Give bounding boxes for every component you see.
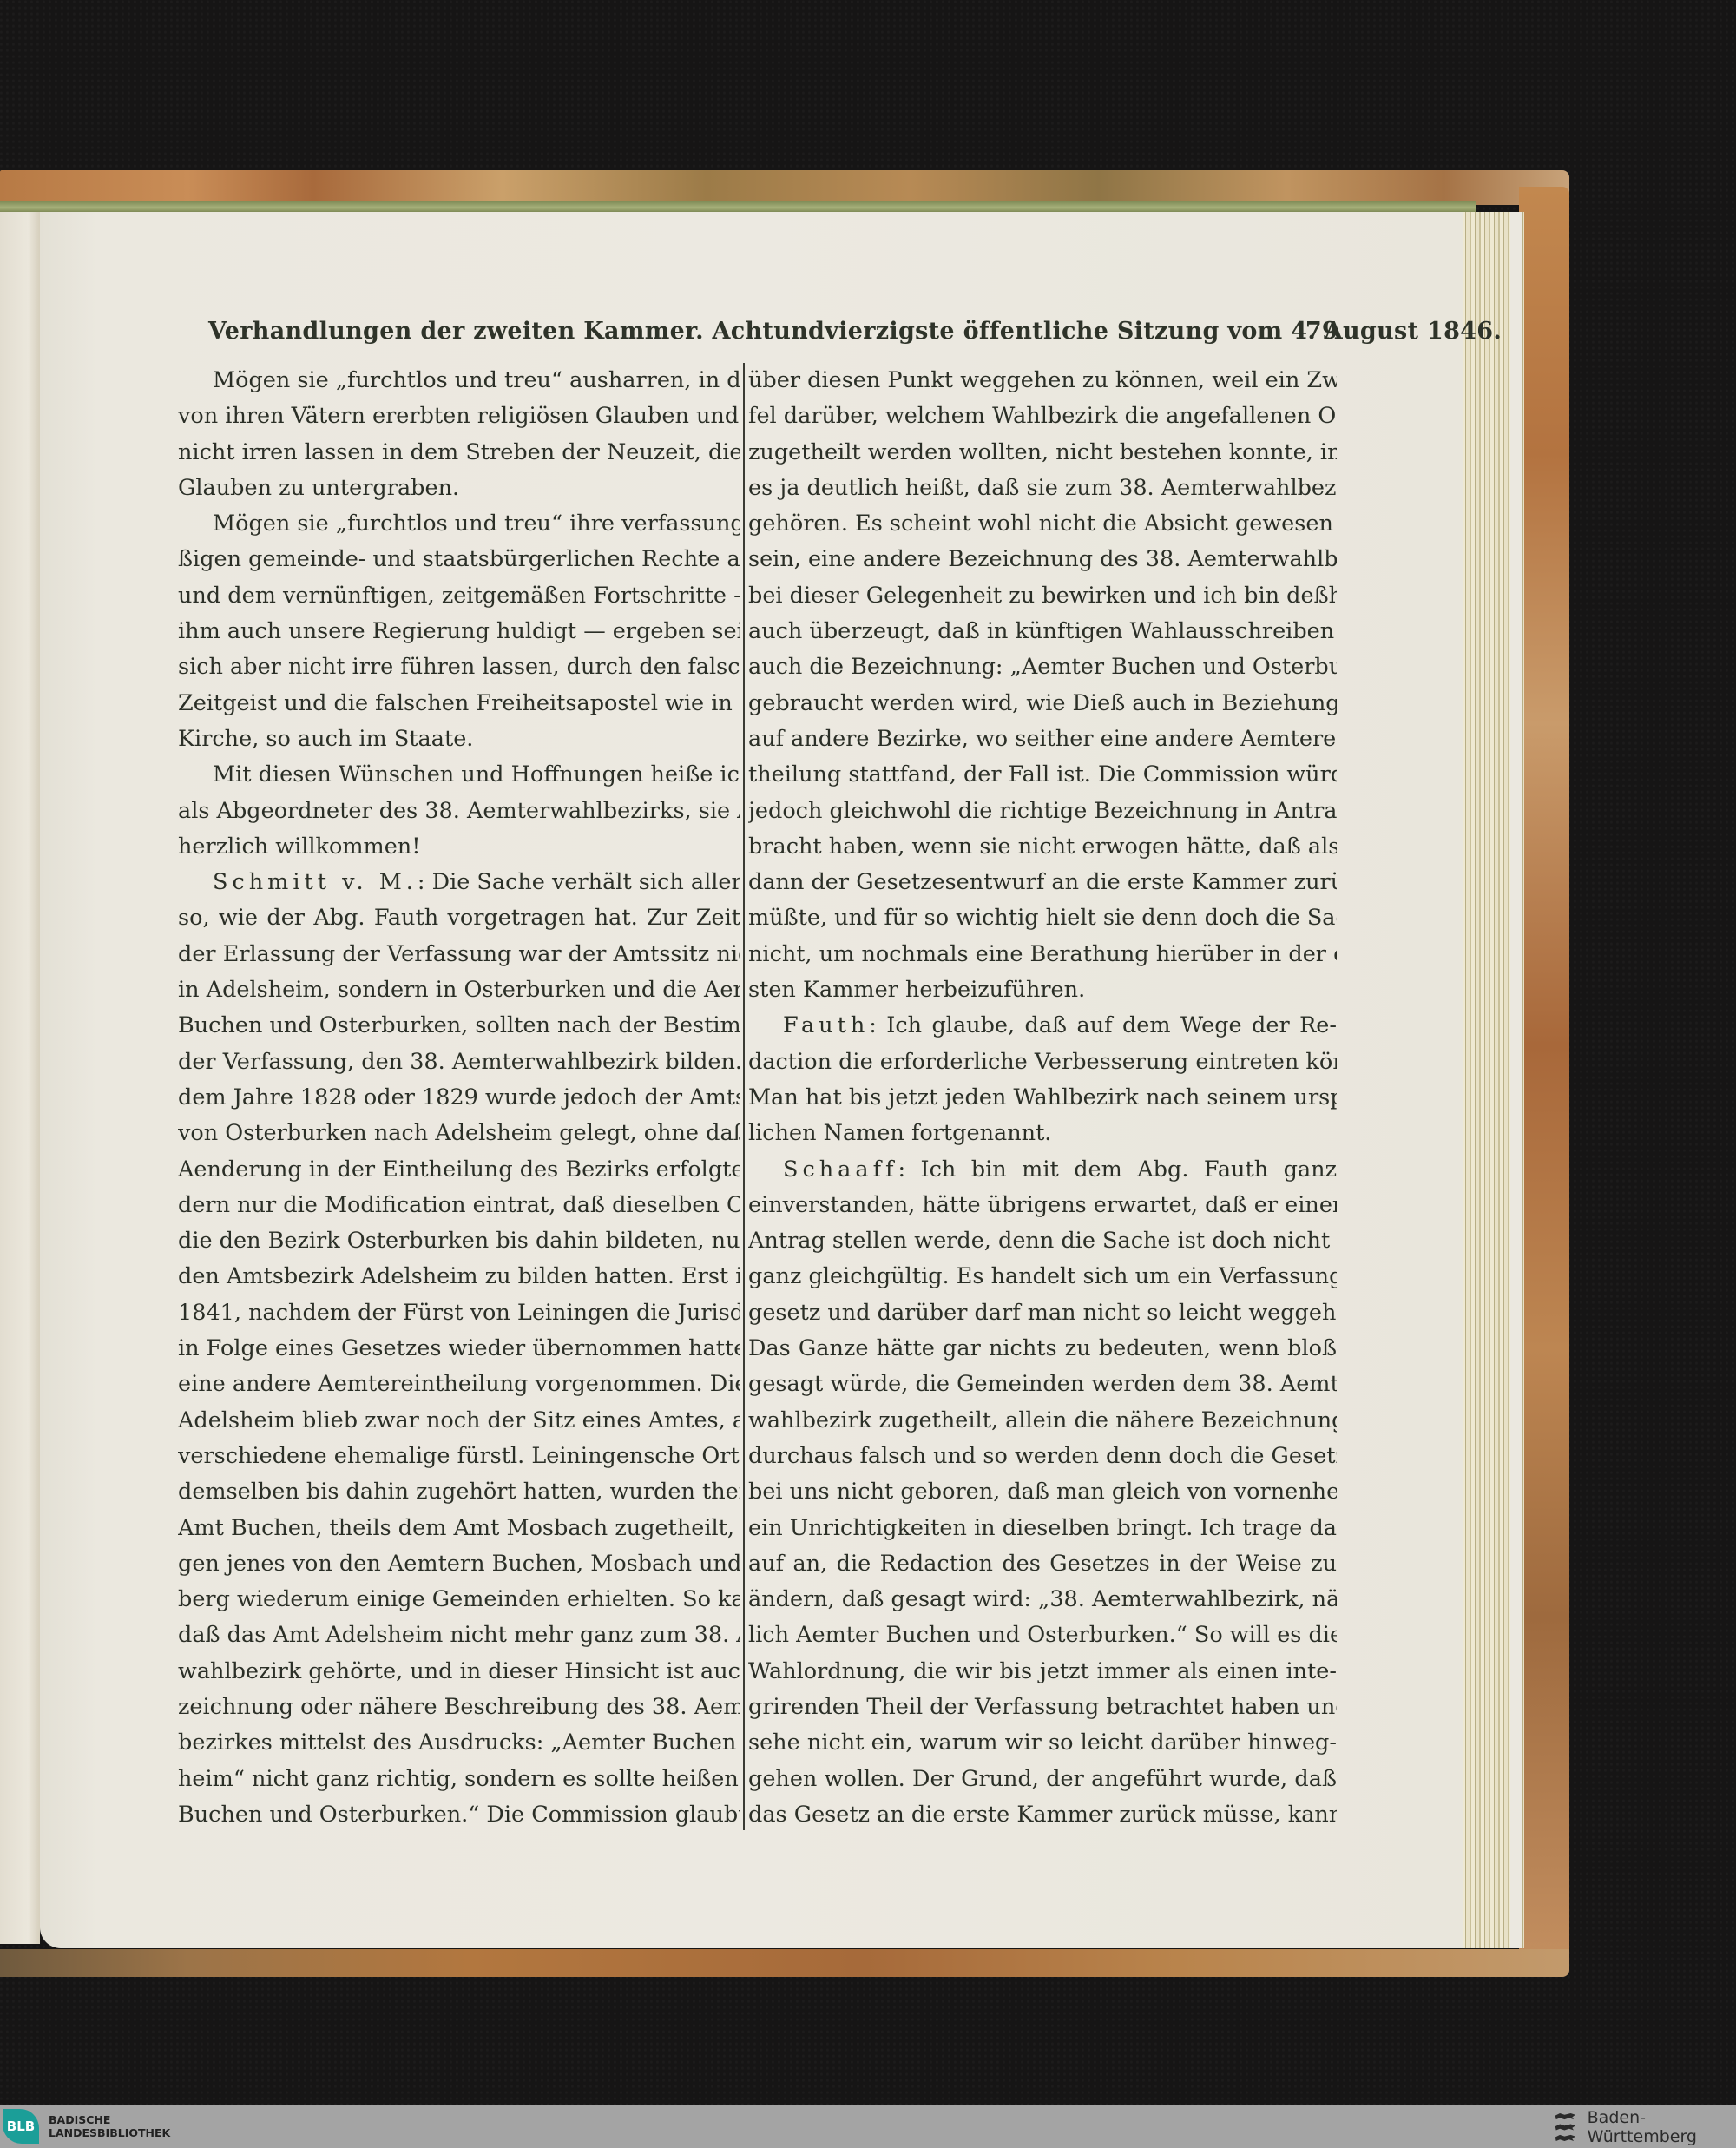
- text-line: von Osterburken nach Adelsheim gelegt, o…: [178, 1116, 740, 1151]
- baden-wuerttemberg-logo[interactable]: Baden-Württemberg: [1554, 2108, 1736, 2146]
- text-line: gebraucht werden wird, wie Dieß auch in …: [748, 686, 1337, 721]
- text-line: bracht haben, wenn sie nicht erwogen hät…: [748, 829, 1337, 865]
- blb-logo-line2: LANDESBIBLIOTHEK: [49, 2126, 170, 2139]
- text-line: Mögen sie „furchtlos und treu“ ihre verf…: [178, 506, 740, 542]
- text-line: demselben bis dahin zugehört hatten, wur…: [178, 1474, 740, 1510]
- blb-logo-badge[interactable]: BLB: [3, 2109, 39, 2144]
- text-line: Zeitgeist und die falschen Freiheitsapos…: [178, 686, 740, 721]
- text-line: zeichnung oder nähere Beschreibung des 3…: [178, 1690, 740, 1725]
- text-line: dern nur die Modification eintrat, daß d…: [178, 1188, 740, 1223]
- text-line: in Adelsheim, sondern in Osterburken und…: [178, 972, 740, 1008]
- text-column-right: über diesen Punkt weggehen zu können, we…: [748, 363, 1337, 1833]
- footer-bar: [0, 2105, 1736, 2148]
- text-line: theilung stattfand, der Fall ist. Die Co…: [748, 757, 1337, 793]
- text-line: sein, eine andere Bezeichnung des 38. Ae…: [748, 542, 1337, 577]
- text-line: über diesen Punkt weggehen zu können, we…: [748, 363, 1337, 399]
- text-line: Buchen und Osterburken, sollten nach der…: [178, 1008, 740, 1044]
- text-line: gehören. Es scheint wohl nicht die Absic…: [748, 506, 1337, 542]
- text-line: durchaus falsch und so werden denn doch …: [748, 1439, 1337, 1474]
- text-line: es ja deutlich heißt, daß sie zum 38. Ae…: [748, 471, 1337, 506]
- text-line: Amt Buchen, theils dem Amt Mosbach zuget…: [178, 1511, 740, 1546]
- text-line: daß das Amt Adelsheim nicht mehr ganz zu…: [178, 1618, 740, 1653]
- text-line: in Folge eines Gesetzes wieder übernomme…: [178, 1331, 740, 1367]
- page-stack-outer: [1510, 212, 1522, 1948]
- text-line: jedoch gleichwohl die richtige Bezeichnu…: [748, 794, 1337, 829]
- text-line: berg wiederum einige Gemeinden erhielten…: [178, 1582, 740, 1618]
- text-line: lichen Namen fortgenannt.: [748, 1116, 1337, 1151]
- speaker-name: Schaaff: [783, 1156, 898, 1183]
- text-line: ändern, daß gesagt wird: „38. Aemterwahl…: [748, 1582, 1337, 1618]
- text-line: bezirkes mittelst des Ausdrucks: „Aemter…: [178, 1725, 740, 1761]
- text-line: auf andere Bezirke, wo seither eine ande…: [748, 721, 1337, 757]
- facing-page-edge: [0, 212, 40, 1944]
- column-divider: [743, 363, 745, 1830]
- text-line: das Gesetz an die erste Kammer zurück mü…: [748, 1797, 1337, 1833]
- text-line: als Abgeordneter des 38. Aemterwahlbezir…: [178, 794, 740, 829]
- text-line: Schaaff: Ich bin mit dem Abg. Fauth ganz: [748, 1152, 1337, 1188]
- text-line: Fauth: Ich glaube, daß auf dem Wege der …: [748, 1008, 1337, 1044]
- text-line: Adelsheim blieb zwar noch der Sitz eines…: [178, 1403, 740, 1439]
- text-line: fel darüber, welchem Wahlbezirk die ange…: [748, 399, 1337, 434]
- text-line: bei dieser Gelegenheit zu bewirken und i…: [748, 578, 1337, 614]
- text-line: der Verfassung, den 38. Aemterwahlbezirk…: [178, 1044, 740, 1080]
- text-line: ihm auch unsere Regierung huldigt — erge…: [178, 614, 740, 649]
- text-line: zugetheilt werden wollten, nicht bestehe…: [748, 435, 1337, 471]
- three-lions-icon: [1554, 2108, 1577, 2146]
- text-line: und dem vernünftigen, zeitgemäßen Fortsc…: [178, 578, 740, 614]
- text-line: müßte, und für so wichtig hielt sie denn…: [748, 900, 1337, 936]
- text-line: Das Ganze hätte gar nichts zu bedeuten, …: [748, 1331, 1337, 1367]
- text-line: grirenden Theil der Verfassung betrachte…: [748, 1690, 1337, 1725]
- speaker-name: Fauth: [783, 1012, 869, 1038]
- text-line: auch die Bezeichnung: „Aemter Buchen und…: [748, 649, 1337, 685]
- text-line: sich aber nicht irre führen lassen, durc…: [178, 649, 740, 685]
- text-line: der Erlassung der Verfassung war der Amt…: [178, 937, 740, 972]
- text-line: wahlbezirk gehörte, und in dieser Hinsic…: [178, 1654, 740, 1690]
- text-line: ein Unrichtigkeiten in dieselben bringt.…: [748, 1511, 1337, 1546]
- text-line: auch überzeugt, daß in künftigen Wahlaus…: [748, 614, 1337, 649]
- book-binding-right: [1519, 187, 1569, 1975]
- text-line: verschiedene ehemalige fürstl. Leiningen…: [178, 1439, 740, 1474]
- text-line: Buchen und Osterburken.“ Die Commission …: [178, 1797, 740, 1833]
- text-line: bei uns nicht geboren, daß man gleich vo…: [748, 1474, 1337, 1510]
- text-line: daction die erforderliche Verbesserung e…: [748, 1044, 1337, 1080]
- text-line: so, wie der Abg. Fauth vorgetragen hat. …: [178, 900, 740, 936]
- text-line: Wahlordnung, die wir bis jetzt immer als…: [748, 1654, 1337, 1690]
- text-line: gesagt würde, die Gemeinden werden dem 3…: [748, 1367, 1337, 1402]
- text-line: Mögen sie „furchtlos und treu“ ausharren…: [178, 363, 740, 399]
- text-line: gen jenes von den Aemtern Buchen, Mosbac…: [178, 1546, 740, 1582]
- text-line: Kirche, so auch im Staate.: [178, 721, 740, 757]
- text-line: wahlbezirk zugetheilt, allein die nähere…: [748, 1403, 1337, 1439]
- page-number: 79: [1305, 318, 1338, 345]
- book-binding-top: [0, 170, 1569, 205]
- text-line: eine andere Aemtereintheilung vorgenomme…: [178, 1367, 740, 1402]
- text-line: Schmitt v. M.: Die Sache verhält sich al…: [178, 865, 740, 900]
- text-line: herzlich willkommen!: [178, 829, 740, 865]
- text-line: 1841, nachdem der Fürst von Leiningen di…: [178, 1295, 740, 1331]
- book-binding-bottom: [0, 1949, 1569, 1977]
- text-line: auf an, die Redaction des Gesetzes in de…: [748, 1546, 1337, 1582]
- text-line: die den Bezirk Osterburken bis dahin bil…: [178, 1223, 740, 1259]
- text-line: heim“ nicht ganz richtig, sondern es sol…: [178, 1762, 740, 1797]
- text-line: ganz gleichgültig. Es handelt sich um ei…: [748, 1259, 1337, 1295]
- text-line: Glauben zu untergraben.: [178, 471, 740, 506]
- text-line: ßigen gemeinde- und staatsbürgerlichen R…: [178, 542, 740, 577]
- text-line: sehe nicht ein, warum wir so leicht darü…: [748, 1725, 1337, 1761]
- text-line: nicht, um nochmals eine Berathung hierüb…: [748, 937, 1337, 972]
- text-line: Aenderung in der Eintheilung des Bezirks…: [178, 1152, 740, 1188]
- text-line: sten Kammer herbeizuführen.: [748, 972, 1337, 1008]
- text-line: einverstanden, hätte übrigens erwartet, …: [748, 1188, 1337, 1223]
- text-line: Mit diesen Wünschen und Hoffnungen heiße…: [178, 757, 740, 793]
- text-column-left: Mögen sie „furchtlos und treu“ ausharren…: [178, 363, 740, 1833]
- text-line: dann der Gesetzesentwurf an die erste Ka…: [748, 865, 1337, 900]
- text-line: nicht irren lassen in dem Streben der Ne…: [178, 435, 740, 471]
- baden-wuerttemberg-text: Baden-Württemberg: [1588, 2108, 1736, 2146]
- text-line: gehen wollen. Der Grund, der angeführt w…: [748, 1762, 1337, 1797]
- text-line: Man hat bis jetzt jeden Wahlbezirk nach …: [748, 1080, 1337, 1116]
- text-line: von ihren Vätern ererbten religiösen Gla…: [178, 399, 740, 434]
- text-line: Antrag stellen werde, denn die Sache ist…: [748, 1223, 1337, 1259]
- text-line: dem Jahre 1828 oder 1829 wurde jedoch de…: [178, 1080, 740, 1116]
- text-line: lich Aemter Buchen und Osterburken.“ So …: [748, 1618, 1337, 1653]
- blb-logo-line1: BADISCHE: [49, 2113, 170, 2126]
- text-line: gesetz und darüber darf man nicht so lei…: [748, 1295, 1337, 1331]
- speaker-name: Schmitt v. M.: [213, 869, 418, 895]
- text-line: den Amtsbezirk Adelsheim zu bilden hatte…: [178, 1259, 740, 1295]
- running-head: Verhandlungen der zweiten Kammer. Achtun…: [208, 318, 1337, 353]
- blb-logo-text[interactable]: BADISCHE LANDESBIBLIOTHEK: [49, 2113, 170, 2139]
